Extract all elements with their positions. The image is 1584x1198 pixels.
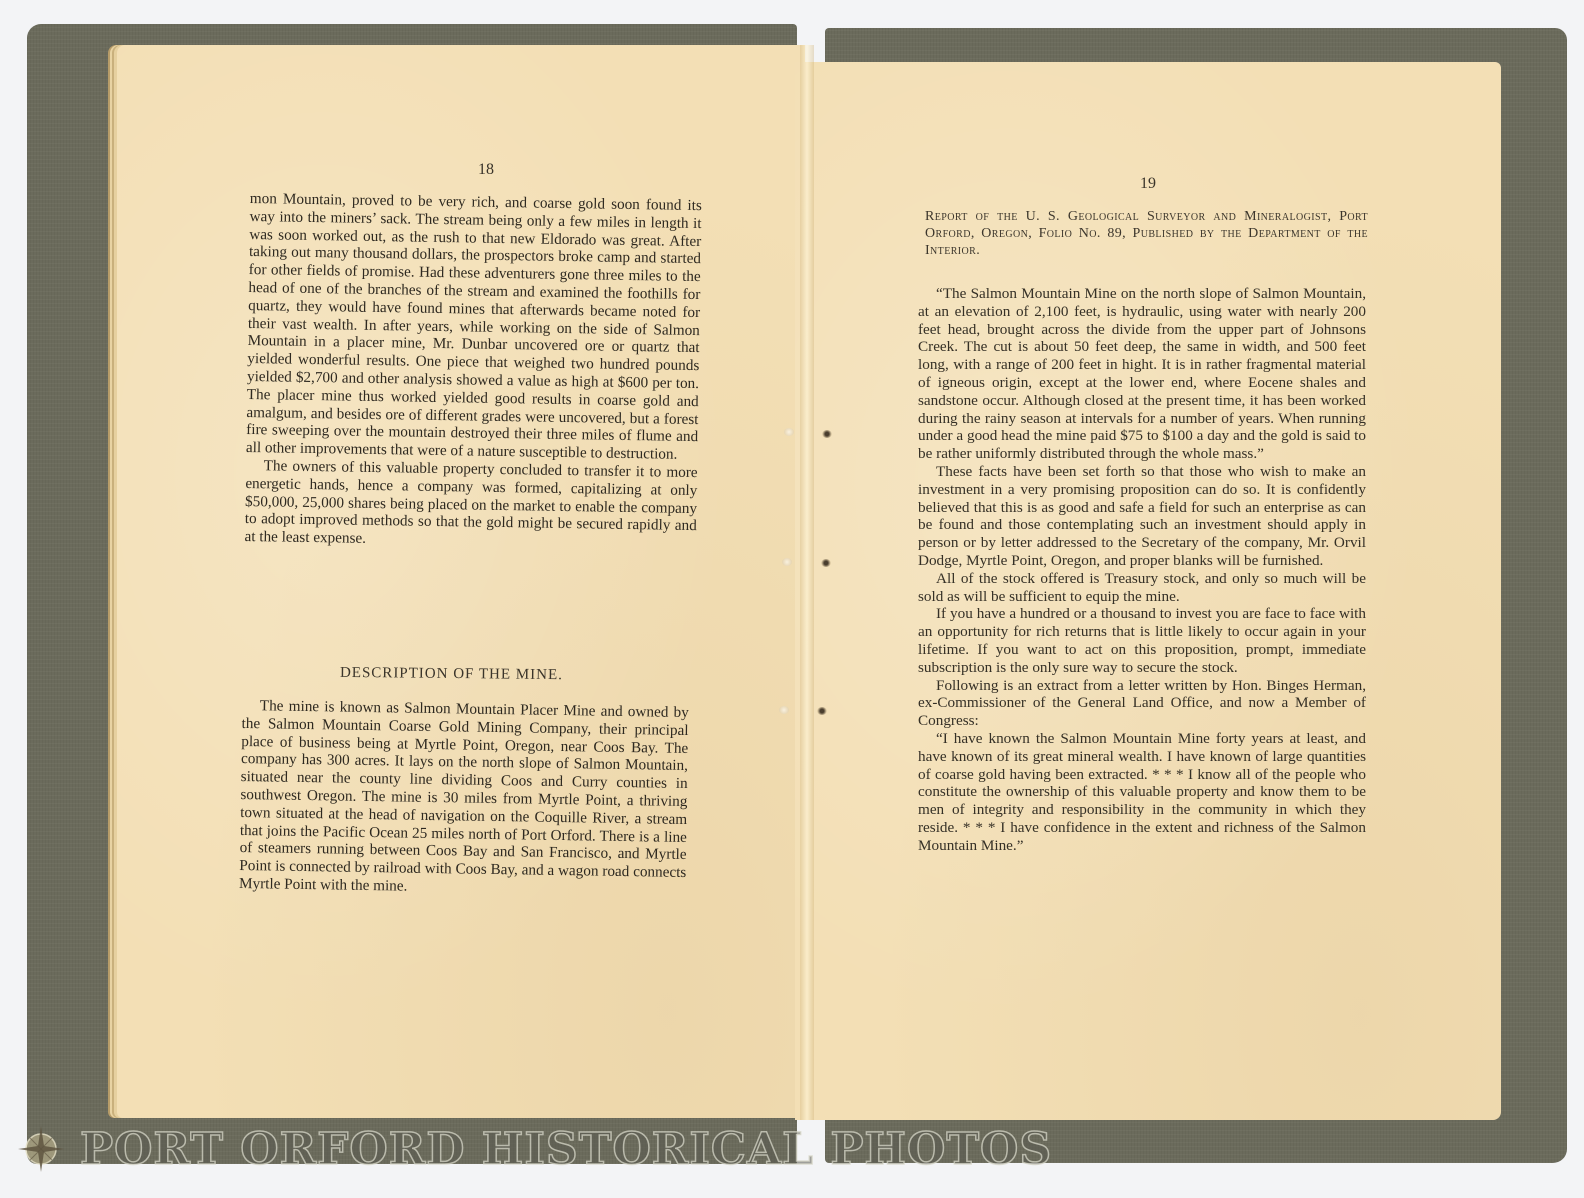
- page-number-left: 18: [466, 161, 506, 179]
- left-body-text-2: The mine is known as Salmon Mountain Pla…: [239, 697, 689, 900]
- staple-hole-icon: [779, 706, 789, 714]
- section-heading: DESCRIPTION OF THE MINE.: [340, 665, 563, 684]
- right-body-text: “The Salmon Mountain Mine on the north s…: [918, 285, 1366, 855]
- paragraph: “The Salmon Mountain Mine on the north s…: [918, 285, 1366, 463]
- paragraph: If you have a hundred or a thousand to i…: [918, 605, 1366, 676]
- paragraph: These facts have been set forth so that …: [918, 463, 1366, 570]
- paragraph: “I have known the Salmon Mountain Mine f…: [918, 730, 1366, 855]
- paragraph: All of the stock offered is Treasury sto…: [918, 570, 1366, 606]
- paragraph: The mine is known as Salmon Mountain Pla…: [239, 697, 689, 900]
- staple-hole-icon: [821, 559, 831, 567]
- staple-hole-icon: [784, 428, 794, 436]
- staple-hole-icon: [782, 558, 792, 566]
- staple-hole-icon: [822, 430, 832, 438]
- report-heading: Report of the U. S. Geological Surveyor …: [925, 208, 1368, 259]
- staple-hole-icon: [817, 707, 827, 715]
- left-body-text: mon Mountain, proved to be very rich, an…: [244, 190, 702, 553]
- compass-rose-icon: [18, 1126, 64, 1172]
- watermark-text: PORT ORFORD HISTORICAL PHOTOS: [80, 1124, 1052, 1175]
- paragraph: mon Mountain, proved to be very rich, an…: [246, 190, 702, 464]
- paragraph: Following is an extract from a letter wr…: [918, 677, 1366, 730]
- paragraph: The owners of this valuable property con…: [244, 457, 697, 553]
- binding-gutter: [800, 45, 814, 1120]
- page-number-right: 19: [1128, 175, 1168, 193]
